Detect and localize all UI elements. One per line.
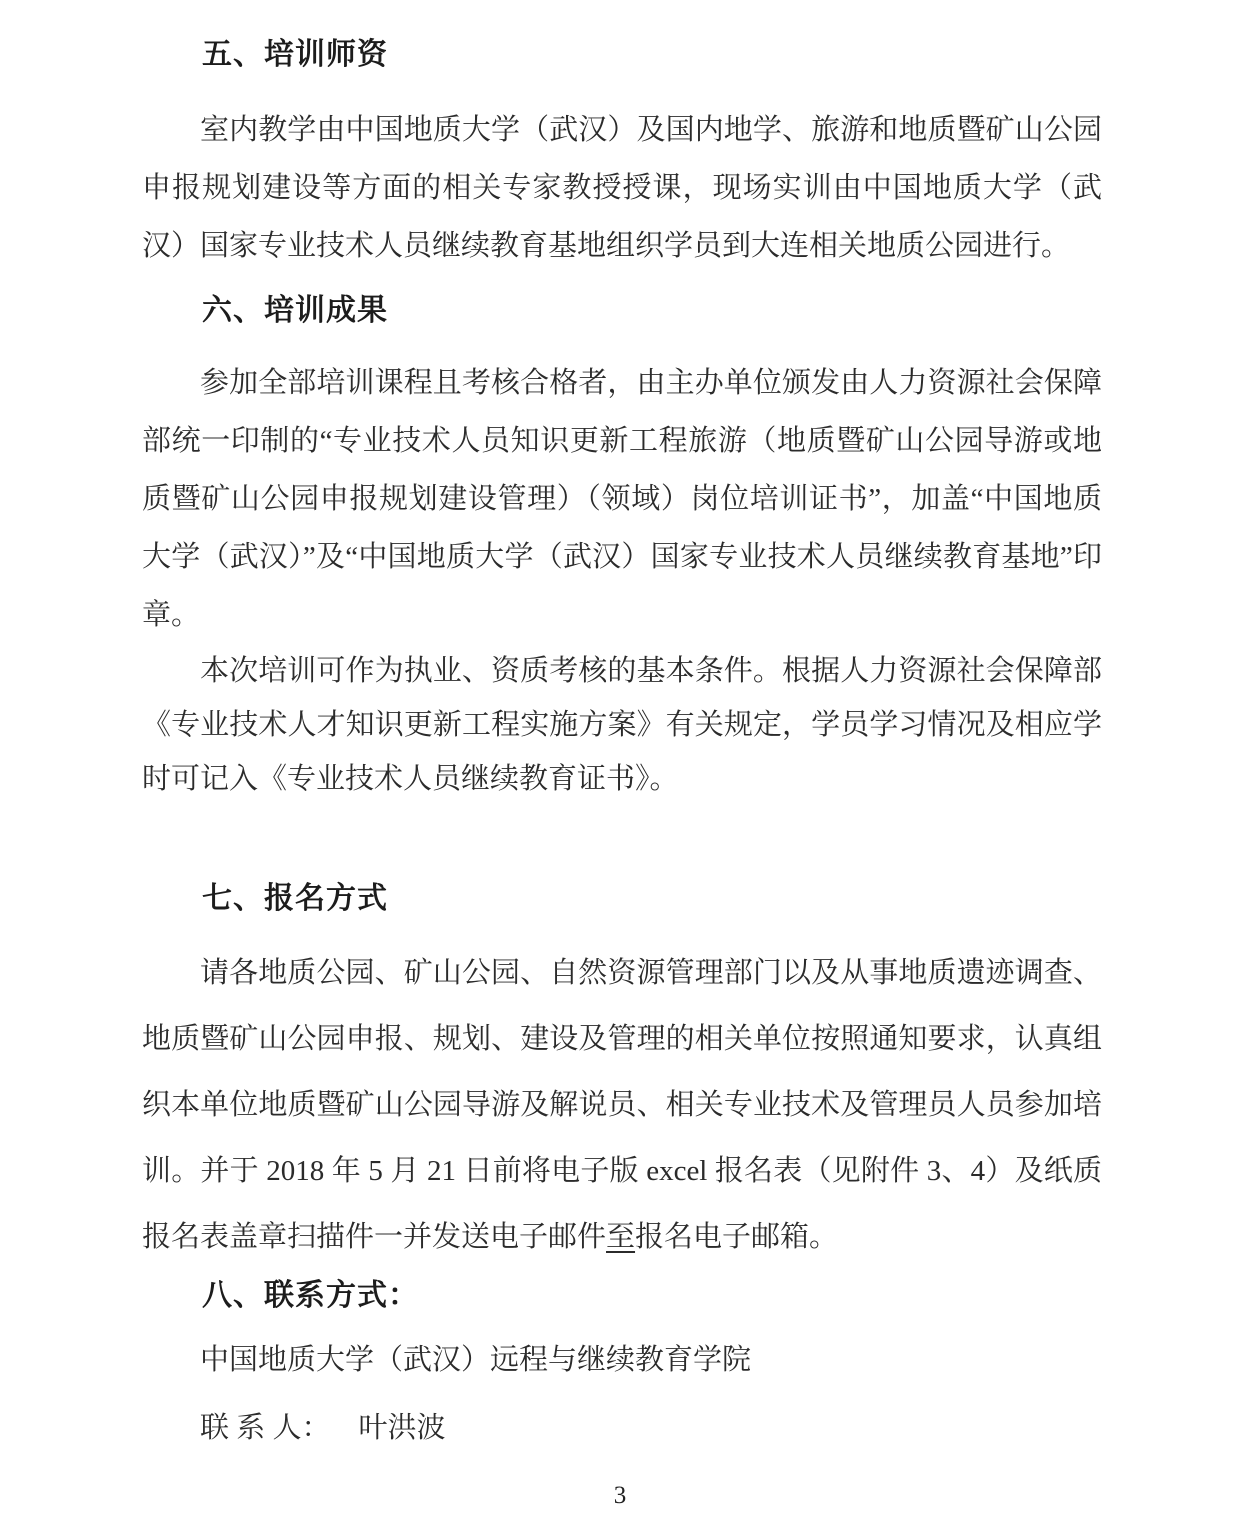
registration-text-underlined: 至 <box>606 1221 635 1253</box>
section-training-results: 六、培训成果 参加全部培训课程且考核合格者，由主办单位颁发由人力资源社会保障部统… <box>142 290 1102 806</box>
section-contact: 八、联系方式： 中国地质大学（武汉）远程与继续教育学院 联 系 人：叶洪波 <box>142 1275 1102 1449</box>
registration-text-before: 请各地质公园、矿山公园、自然资源管理部门以及从事地质遗迹调查、地质暨矿山公园申报… <box>142 957 1102 1253</box>
document-page: 五、培训师资 室内教学由中国地质大学（武汉）及国内地学、旅游和地质暨矿山公园申报… <box>0 0 1240 1528</box>
section-training-faculty: 五、培训师资 室内教学由中国地质大学（武汉）及国内地学、旅游和地质暨矿山公园申报… <box>142 34 1102 275</box>
section-registration: 七、报名方式 请各地质公园、矿山公园、自然资源管理部门以及从事地质遗迹调查、地质… <box>142 878 1102 1270</box>
paragraph-qualification: 本次培训可作为执业、资质考核的基本条件。根据人力资源社会保障部《专业技术人才知识… <box>142 644 1102 806</box>
contact-person-line: 联 系 人：叶洪波 <box>142 1407 1102 1449</box>
contact-person-name: 叶洪波 <box>359 1412 446 1444</box>
contact-organization: 中国地质大学（武汉）远程与继续教育学院 <box>142 1339 1102 1381</box>
paragraph-faculty: 室内教学由中国地质大学（武汉）及国内地学、旅游和地质暨矿山公园申报规划建设等方面… <box>142 101 1102 275</box>
paragraph-certificate: 参加全部培训课程且考核合格者，由主办单位颁发由人力资源社会保障部统一印制的“专业… <box>142 354 1102 644</box>
section-heading-registration: 七、报名方式 <box>202 878 1102 920</box>
page-number: 3 <box>0 1482 1240 1510</box>
section-heading-faculty: 五、培训师资 <box>202 34 1102 76</box>
registration-text-after: 报名电子邮箱。 <box>635 1221 838 1253</box>
section-heading-results: 六、培训成果 <box>202 290 1102 332</box>
paragraph-registration: 请各地质公园、矿山公园、自然资源管理部门以及从事地质遗迹调查、地质暨矿山公园申报… <box>142 940 1102 1270</box>
section-heading-contact: 八、联系方式： <box>202 1275 1102 1317</box>
contact-person-label: 联 系 人： <box>200 1412 331 1444</box>
